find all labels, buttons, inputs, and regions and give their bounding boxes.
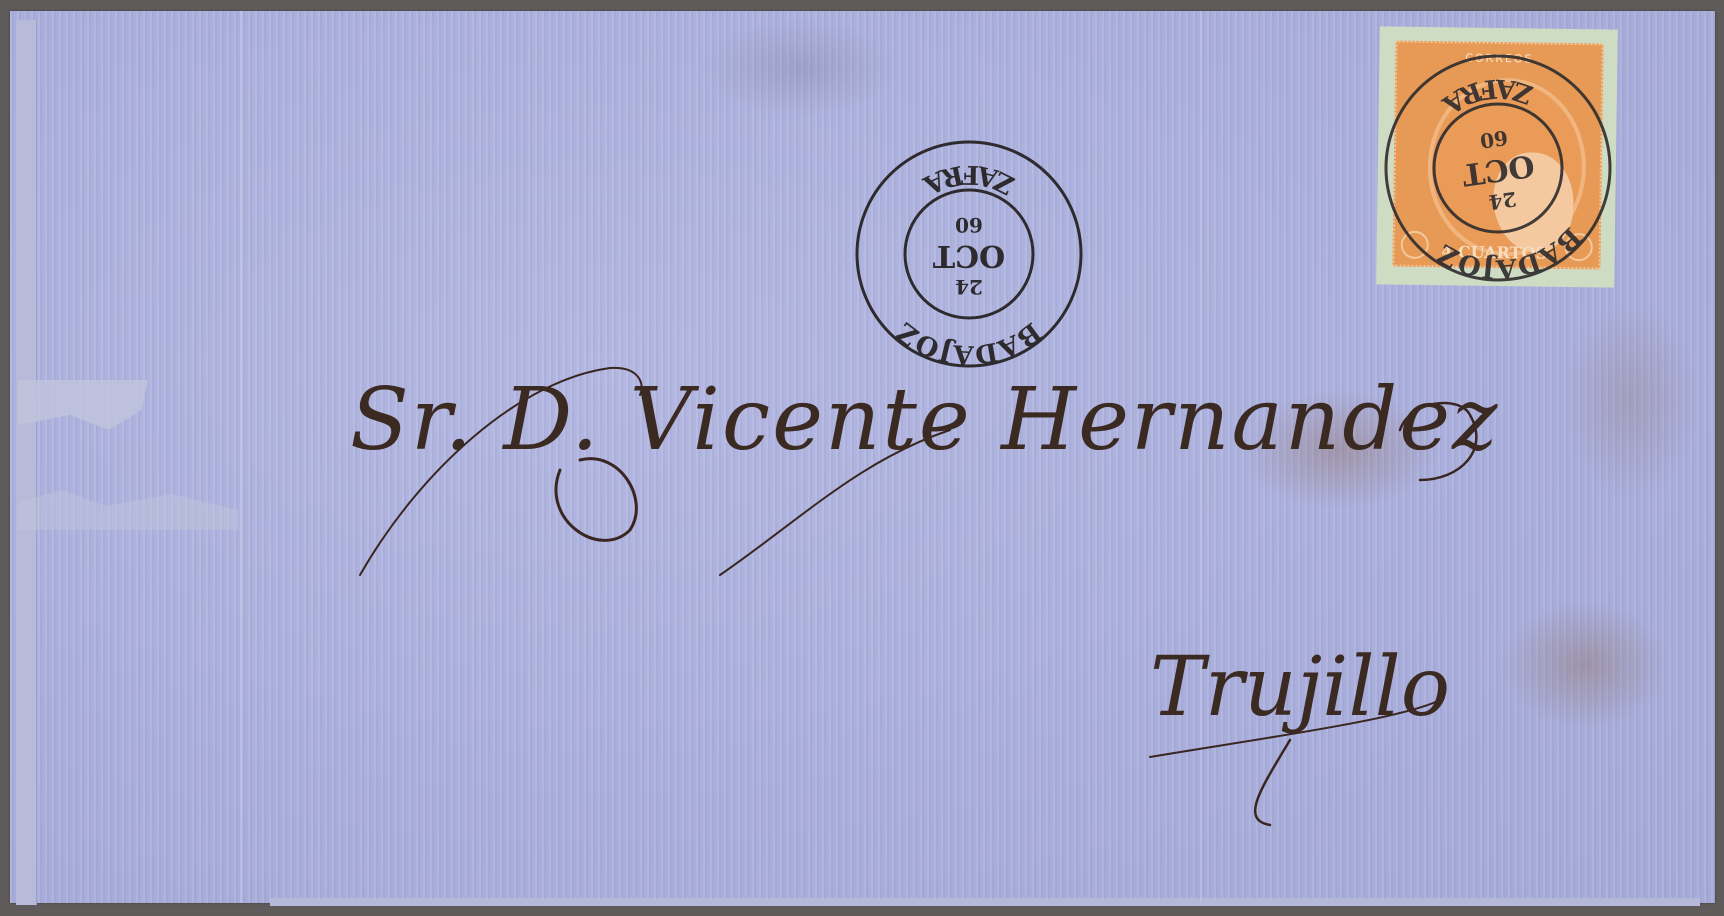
address-city: Trujillo xyxy=(1150,640,1450,735)
address-recipient: Sr. D. Vicente Hernandez xyxy=(350,370,1499,470)
